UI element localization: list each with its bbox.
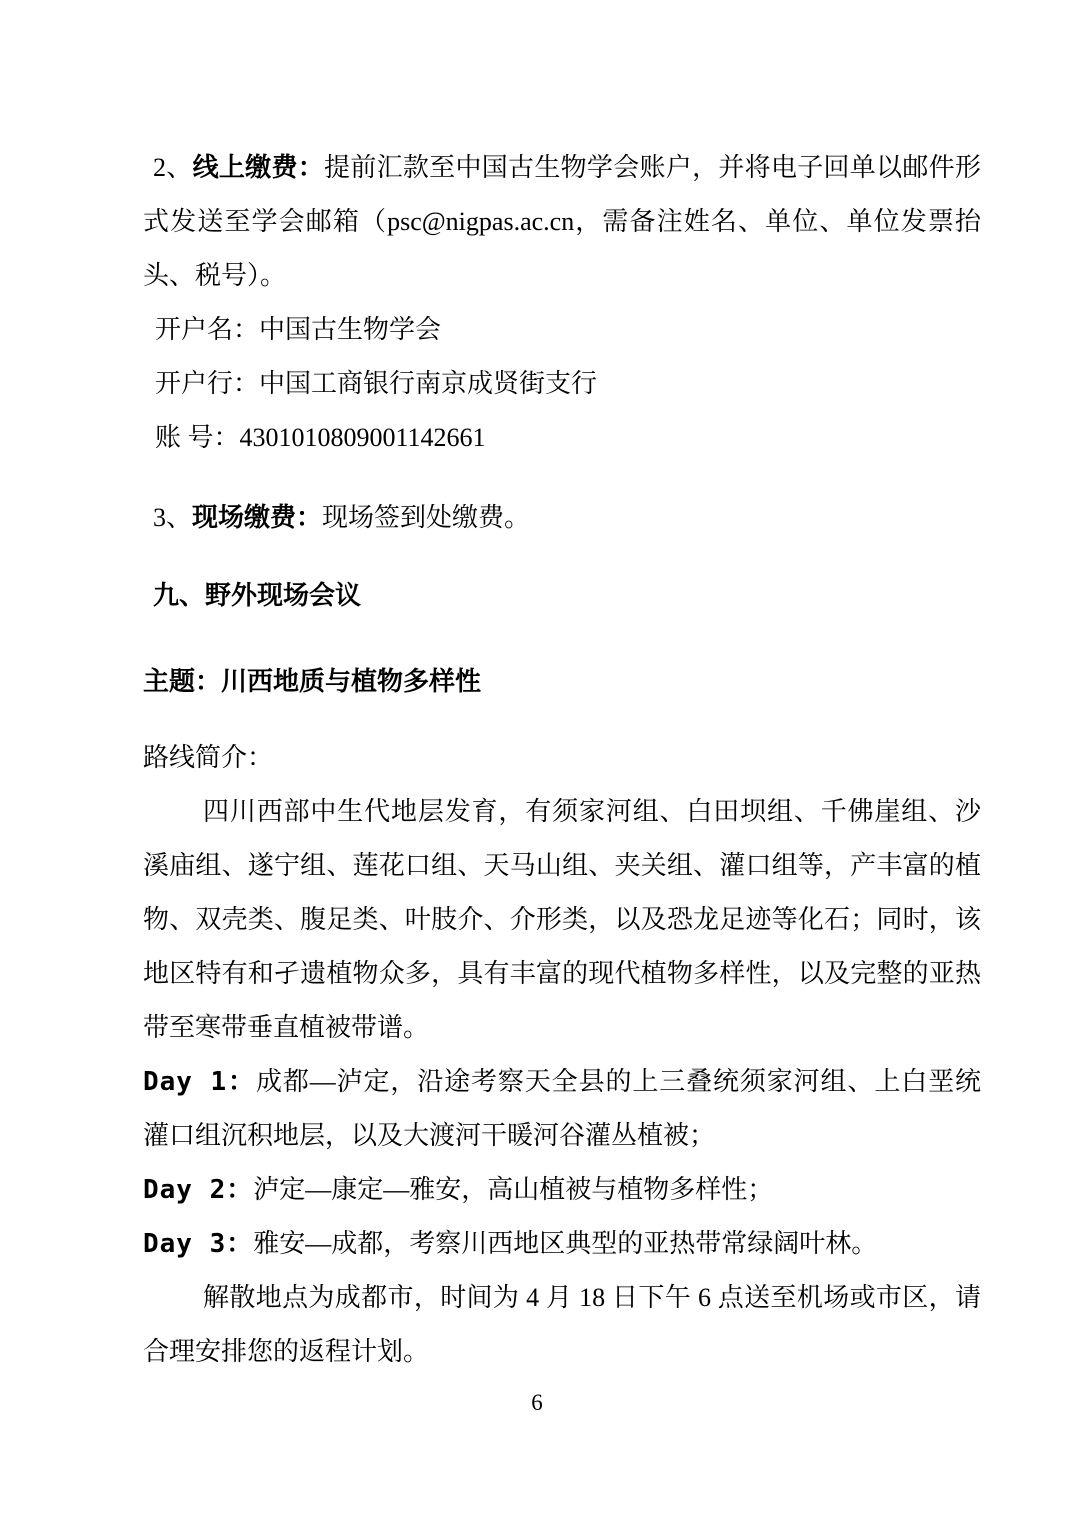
document-page: 2、线上缴费：提前汇款至中国古生物学会账户，并将电子回单以邮件形式发送至学会邮箱… — [0, 0, 1074, 1520]
account-number-label: 账 号： — [155, 423, 240, 452]
day-3-item: Day 3：雅安—成都，考察川西地区典型的亚热带常绿阔叶林。 — [143, 1217, 981, 1271]
closing-paragraph: 解散地点为成都市，时间为 4 月 18 日下午 6 点送至机场或市区，请合理安排… — [143, 1271, 981, 1379]
item-2-number: 2、 — [153, 153, 193, 182]
day-1-label: Day 1： — [143, 1067, 256, 1097]
day-2-text: 泸定—康定—雅安，高山植被与植物多样性； — [253, 1175, 773, 1204]
day-3-text: 雅安—成都，考察川西地区典型的亚热带常绿阔叶林。 — [253, 1229, 877, 1258]
account-number-value: 4301010809001142661 — [240, 423, 486, 452]
section-heading-field-meeting: 九、野外现场会议 — [143, 569, 981, 623]
account-name-value: 中国古生物学会 — [259, 315, 441, 344]
payment-item-2: 2、线上缴费：提前汇款至中国古生物学会账户，并将电子回单以邮件形式发送至学会邮箱… — [143, 141, 981, 303]
route-intro-label: 路线简介： — [143, 731, 981, 785]
theme-label: 主题： — [143, 667, 221, 696]
day-2-label: Day 2： — [143, 1175, 253, 1205]
day-1-item: Day 1：成都—泸定，沿途考察天全县的上三叠统须家河组、上白垩统灌口组沉积地层… — [143, 1055, 981, 1163]
bank-name-value: 中国工商银行南京成贤街支行 — [259, 369, 597, 398]
theme-heading: 主题：川西地质与植物多样性 — [143, 655, 981, 709]
theme-value: 川西地质与植物多样性 — [221, 667, 481, 696]
day-2-item: Day 2：泸定—康定—雅安，高山植被与植物多样性； — [143, 1163, 981, 1217]
day-1-text: 成都—泸定，沿途考察天全县的上三叠统须家河组、上白垩统灌口组沉积地层，以及大渡河… — [143, 1067, 981, 1150]
document-body: 2、线上缴费：提前汇款至中国古生物学会账户，并将电子回单以邮件形式发送至学会邮箱… — [143, 141, 981, 1379]
bank-name-row: 开户行：中国工商银行南京成贤街支行 — [143, 357, 981, 411]
page-number: 6 — [0, 1388, 1074, 1418]
account-name-row: 开户名：中国古生物学会 — [143, 303, 981, 357]
item-3-label-bold: 现场缴费： — [192, 503, 322, 532]
item-3-text: 现场签到处缴费。 — [322, 503, 530, 532]
account-number-row: 账 号：4301010809001142661 — [143, 411, 981, 465]
day-3-label: Day 3： — [143, 1229, 253, 1259]
item-2-label-bold: 线上缴费： — [193, 153, 324, 182]
payment-item-3: 3、现场缴费：现场签到处缴费。 — [143, 491, 981, 545]
route-intro-paragraph: 四川西部中生代地层发育，有须家河组、白田坝组、千佛崖组、沙溪庙组、遂宁组、莲花口… — [143, 785, 981, 1055]
item-3-number: 3、 — [153, 503, 192, 532]
bank-name-label: 开户行： — [155, 369, 259, 398]
account-name-label: 开户名： — [155, 315, 259, 344]
